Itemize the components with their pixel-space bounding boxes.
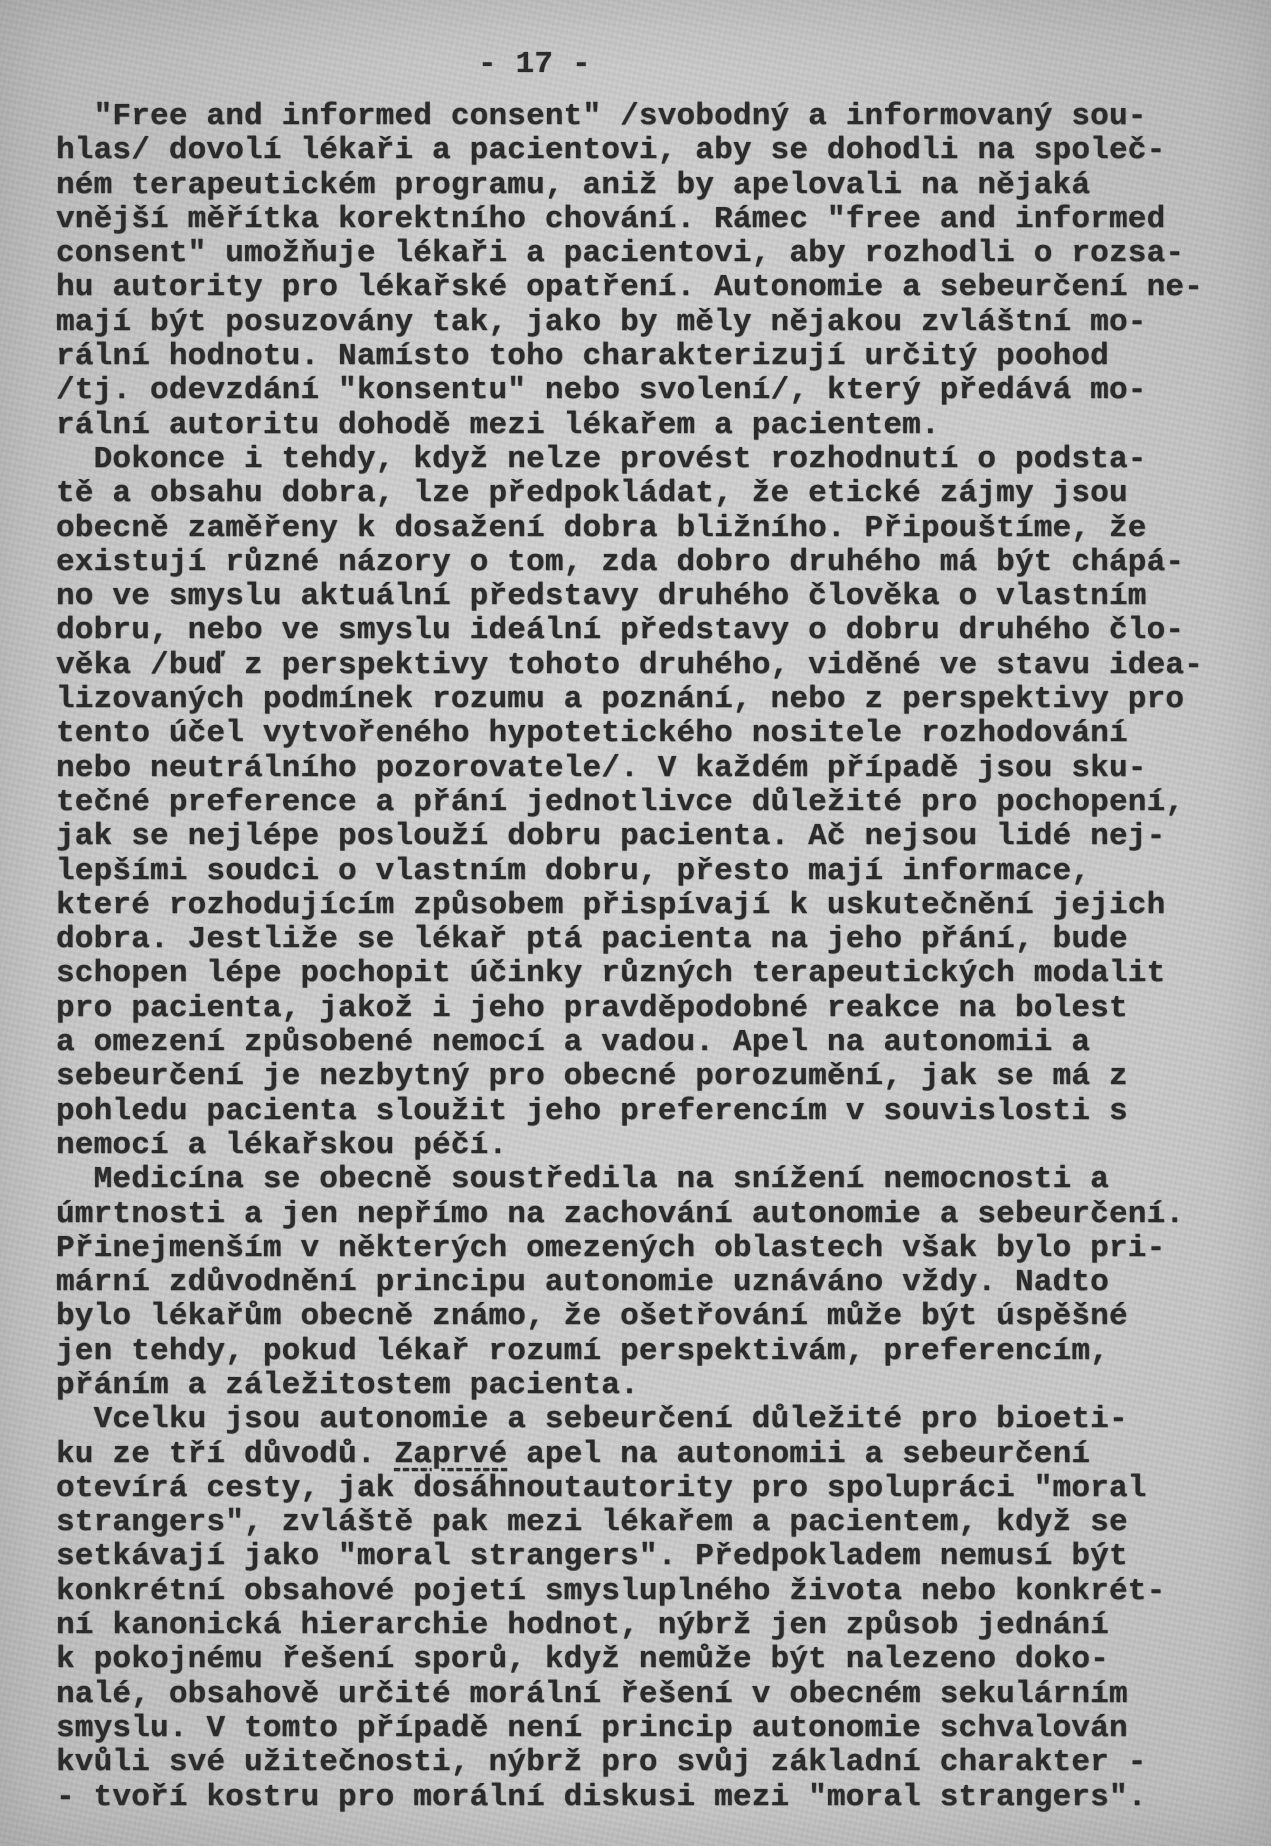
underlined-term-zaprve: Zaprvé [394,1437,507,1472]
paragraph-segment-after: apel na autonomii a sebeurčení otevírá c… [56,1437,1165,1815]
paragraph-vcelku-tri-duvody: Vcelku jsou autonomie a sebeurčení důlež… [56,1403,1223,1815]
paragraph-free-informed-consent: "Free and informed consent" /svobodný a … [56,100,1223,443]
scanned-page-background: { "document": { "page_number": "- 17 -",… [0,0,1271,1846]
page-number: - 17 - [478,48,1223,82]
paragraph-dokonce-i-tehdy: Dokonce i tehdy, když nelze provést rozh… [56,443,1223,1163]
paragraph-medicina: Medicína se obecně soustředila na snížen… [56,1163,1223,1403]
document-page: - 17 - "Free and informed consent" /svob… [0,0,1271,1846]
document-body: "Free and informed consent" /svobodný a … [56,100,1223,1815]
